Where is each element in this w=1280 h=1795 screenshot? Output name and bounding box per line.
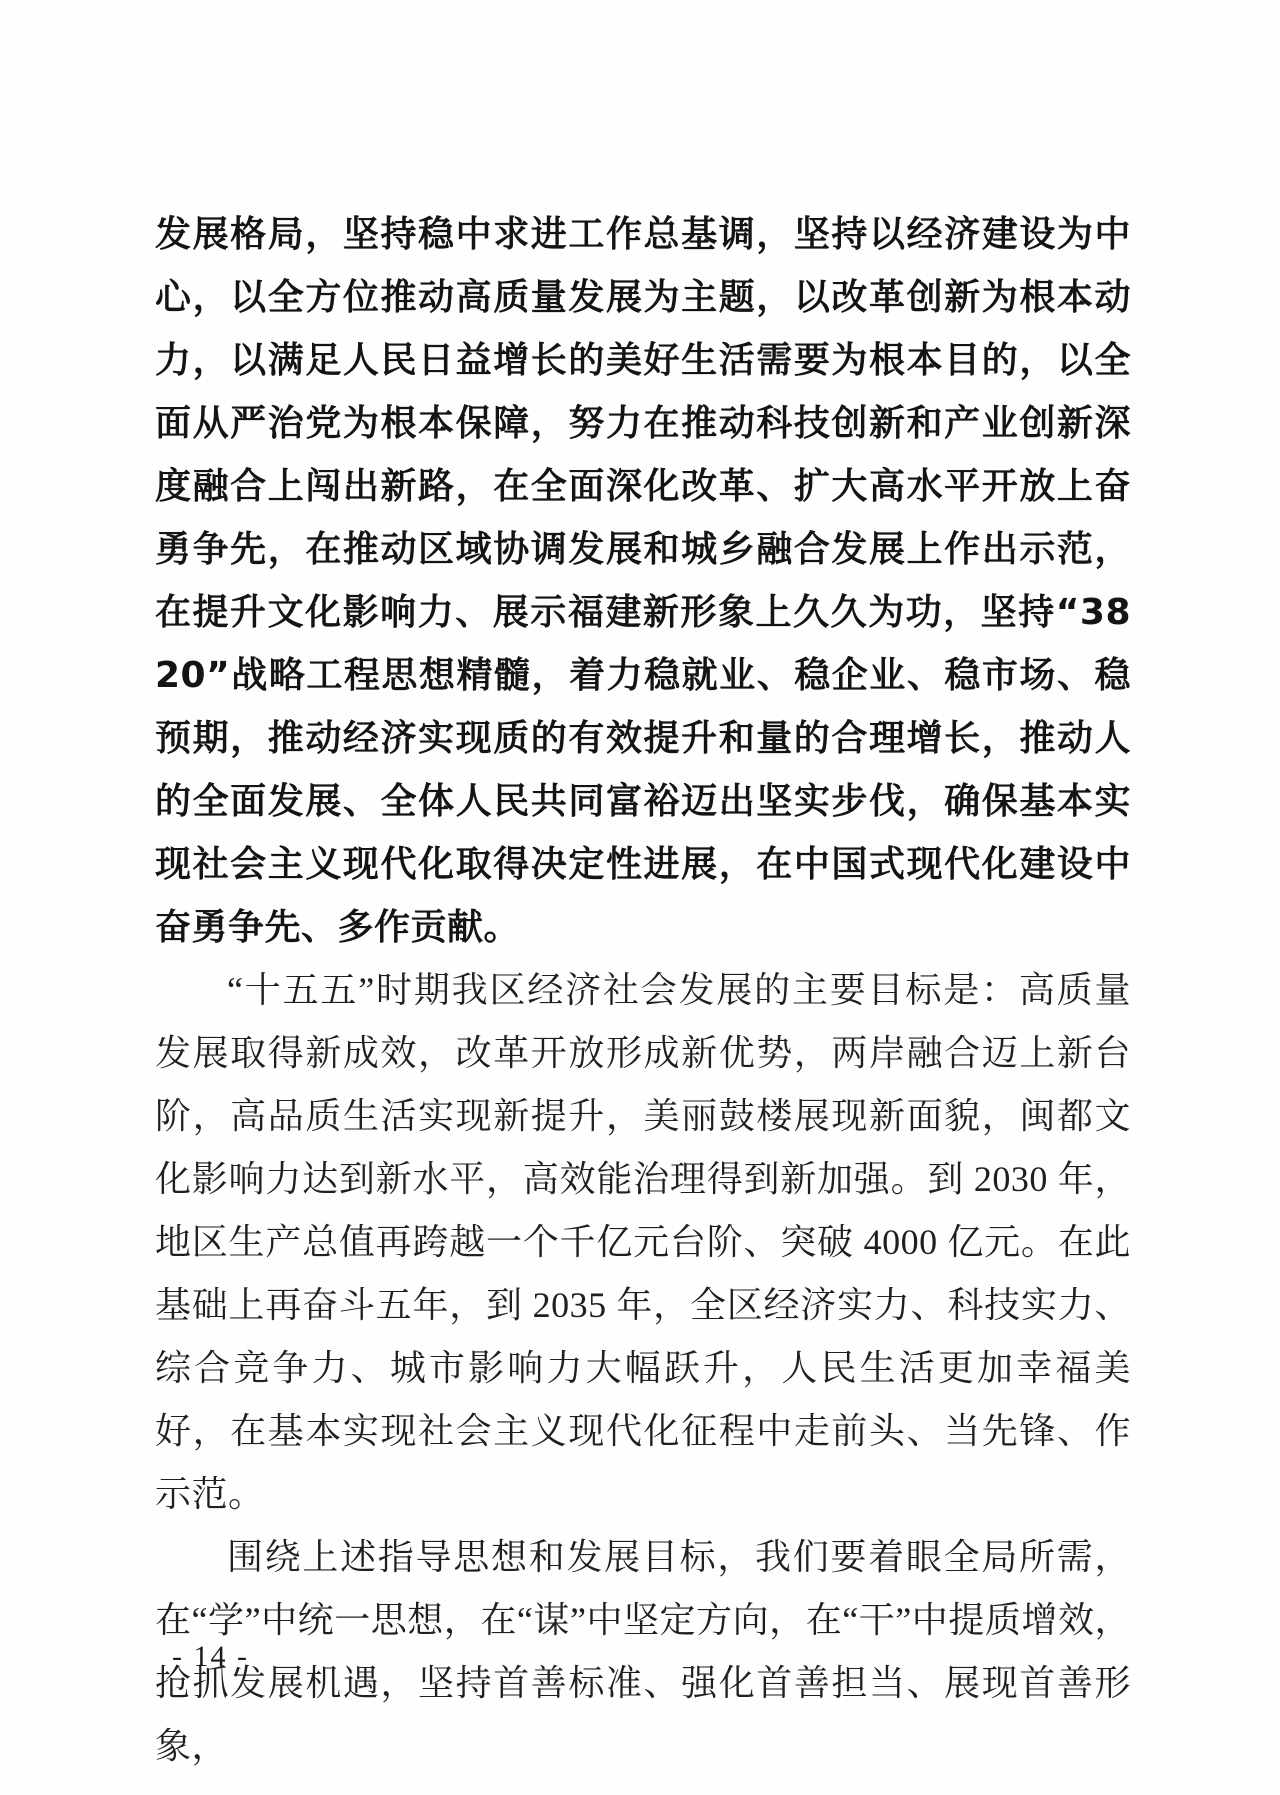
document-page: 发展格局，坚持稳中求进工作总基调，坚持以经济建设为中心，以全方位推动高质量发展为… (0, 0, 1280, 1795)
page-number: - 14 - (172, 1640, 249, 1674)
paragraph-main-goals: “十五五”时期我区经济社会发展的主要目标是：高质量发展取得新成效，改革开放形成新… (155, 959, 1131, 1526)
paragraph-implementation: 围绕上述指导思想和发展目标，我们要着眼全局所需，在“学”中统一思想，在“谋”中坚… (155, 1526, 1131, 1778)
document-body: 发展格局，坚持稳中求进工作总基调，坚持以经济建设为中心，以全方位推动高质量发展为… (155, 203, 1131, 1778)
paragraph-guiding-principles: 发展格局，坚持稳中求进工作总基调，坚持以经济建设为中心，以全方位推动高质量发展为… (155, 203, 1131, 959)
